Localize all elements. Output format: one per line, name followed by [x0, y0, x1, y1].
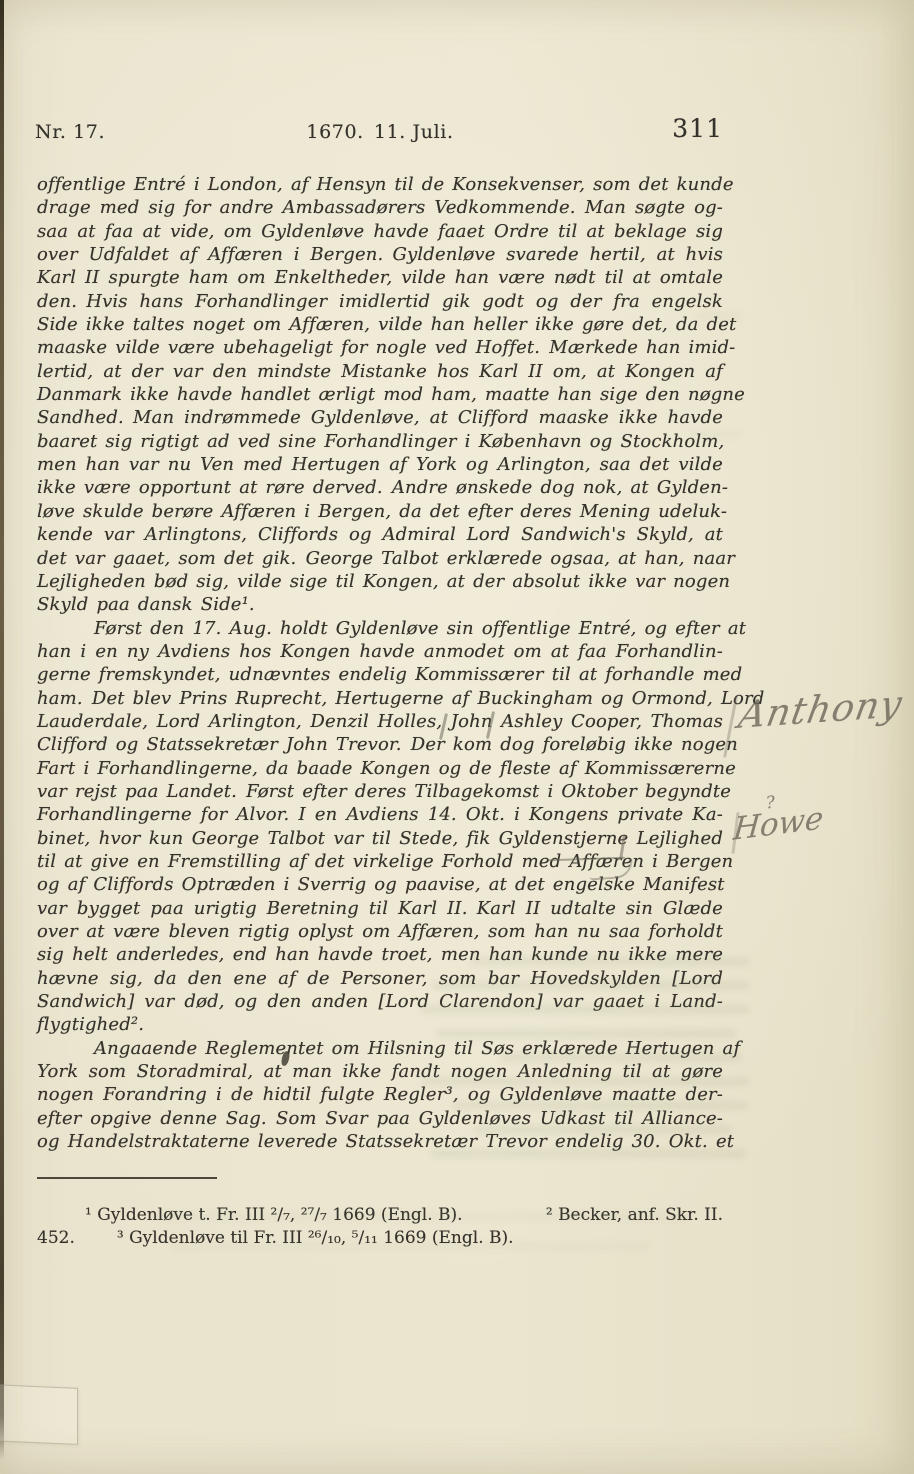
text-line: Karl II spurgte ham om Enkeltheder, vild… [37, 267, 723, 290]
text-line: Side ikke taltes noget om Affæren, vilde… [37, 314, 723, 337]
bleed-through-artifact [452, 1101, 748, 1110]
text-line: offentlige Entré i London, af Hensyn til… [37, 174, 723, 197]
page-number: 311 [37, 114, 723, 143]
text-line: løve skulde berøre Affæren i Bergen, da … [37, 501, 723, 524]
bleed-through-artifact [500, 1053, 742, 1062]
bleed-through-artifact [420, 1005, 750, 1014]
text-line: maaske vilde være ubehageligt for nogle … [37, 337, 723, 360]
bleed-through-artifact [432, 981, 750, 990]
text-line: ikke være opportunt at røre derved. Andr… [37, 477, 723, 500]
bleed-through-artifact [694, 312, 742, 321]
bleed-through-artifact [150, 1212, 690, 1221]
bleed-through-artifact [436, 1029, 736, 1038]
bleed-through-artifact [474, 1125, 732, 1134]
footnote-separator [37, 1177, 217, 1179]
text-line: Danmark ikke havde handlet ærligt mod ha… [37, 384, 723, 407]
text-line: Skyld paa dansk Side¹. [37, 594, 723, 617]
text-line: det var gaaet, som det gik. George Talbo… [37, 548, 723, 571]
text-line: over at være bleven rigtig oplyst om Aff… [37, 921, 723, 944]
handwritten-question-mark: ? [765, 793, 776, 814]
scanned-book-page: Nr. 17. 1670. 11. Juli. 311 offentlige E… [0, 0, 914, 1474]
text-line: Fart i Forhandlingerne, da baade Kongen … [37, 758, 723, 781]
text-line: Forhandlingerne for Alvor. I en Avdiens … [37, 804, 723, 827]
bleed-through-artifact [170, 1242, 650, 1251]
text-line: over Udfaldet af Affæren i Bergen. Gylde… [37, 244, 723, 267]
bleed-through-artifact [430, 1149, 746, 1158]
page-edge-shadow [0, 0, 4, 1460]
text-line: gerne fremskyndet, udnævntes endelig Kom… [37, 664, 723, 687]
text-line: Sandhed. Man indrømmede Gyldenløve, at C… [37, 407, 723, 430]
bleed-through-artifact [690, 430, 742, 439]
text-line: drage med sig for andre Ambassadørers Ve… [37, 197, 723, 220]
text-line: kende var Arlingtons, Cliffords og Admir… [37, 524, 723, 547]
text-line: men han var nu Ven med Hertugen af York … [37, 454, 723, 477]
text-line: baaret sig rigtigt ad ved sine Forhandli… [37, 431, 723, 454]
text-line: var bygget paa urigtig Beretning til Kar… [37, 898, 723, 921]
text-line: Først den 17. Aug. holdt Gyldenløve sin … [37, 618, 723, 641]
text-line: Lauderdale, Lord Arlington, Denzil Holle… [37, 711, 723, 734]
text-line: Clifford og Statssekretær John Trevor. D… [37, 734, 723, 757]
text-line: saa at faa at vide, om Gyldenløve havde … [37, 221, 723, 244]
text-line: den. Hvis hans Forhandlinger imidlertid … [37, 291, 723, 314]
bleed-through-artifact [470, 957, 750, 966]
text-line: lertid, at der var den mindste Mistanke … [37, 361, 723, 384]
bleed-through-artifact [422, 1077, 750, 1086]
paper-impression [0, 1384, 78, 1445]
text-line: han i en ny Avdiens hos Kongen havde anm… [37, 641, 723, 664]
handwritten-margin-note: Howe [732, 800, 825, 848]
text-line: Lejligheden bød sig, vilde sige til Kong… [37, 571, 723, 594]
footnote-2-continuation: 452. [37, 1227, 75, 1250]
text-line: var rejst paa Landet. Først efter deres … [37, 781, 723, 804]
text-line: ham. Det blev Prins Ruprecht, Hertugerne… [37, 688, 723, 711]
